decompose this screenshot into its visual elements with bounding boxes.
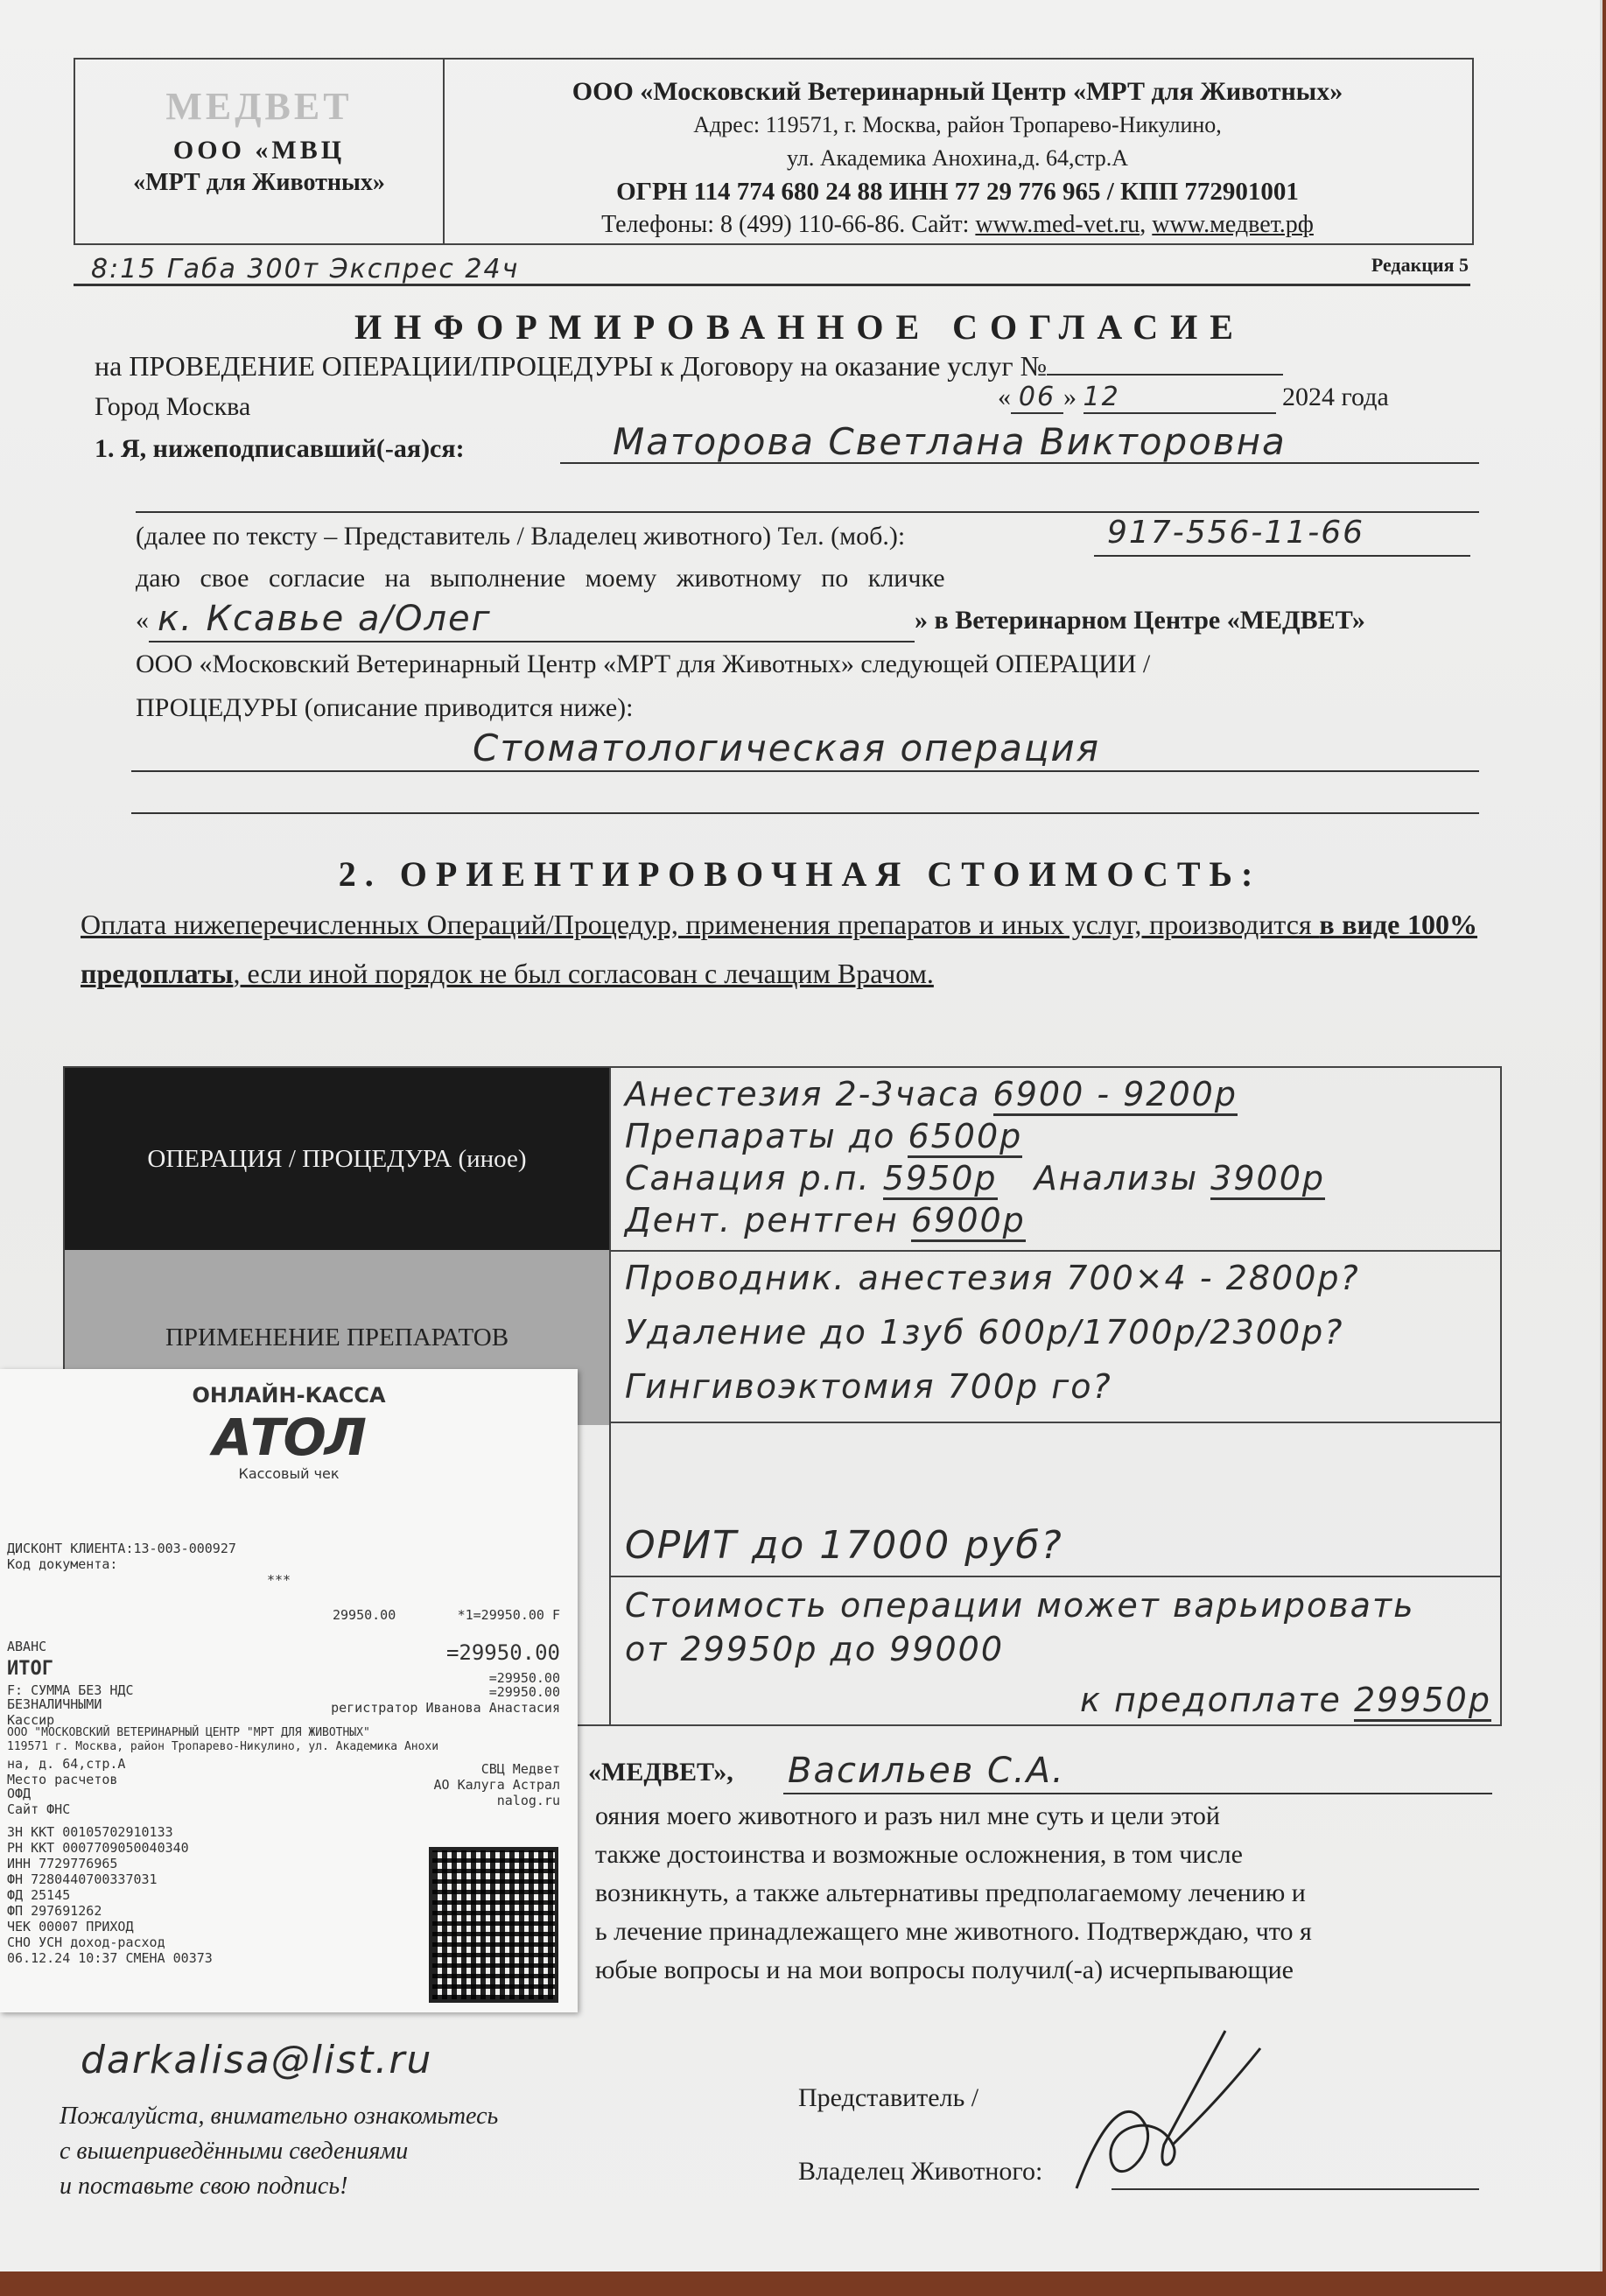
fns-value: nalog.ru bbox=[497, 1793, 560, 1808]
contract-number-field[interactable] bbox=[1047, 374, 1283, 376]
total-label: ИТОГ bbox=[7, 1658, 53, 1680]
address-line-1: Адрес: 119571, г. Москва, район Тропарев… bbox=[443, 109, 1472, 142]
atol-logo: АТОЛ bbox=[0, 1408, 578, 1467]
payment-terms: Оплата нижеперечисленных Операций/Процед… bbox=[81, 900, 1477, 998]
date-day[interactable]: 06 bbox=[1011, 382, 1063, 414]
qr-code-icon[interactable] bbox=[429, 1847, 558, 2003]
signer-label: 1. Я, нижеподписавший(-ая)ся: bbox=[95, 434, 465, 464]
stars: *** bbox=[267, 1572, 291, 1588]
row-divider bbox=[609, 1576, 1500, 1577]
fiscal-3: ИНН 7729776965 bbox=[7, 1856, 117, 1871]
payment-text-b: , если иной порядок не был согласован с … bbox=[233, 958, 933, 989]
letterhead: МЕДВЕТ ООО «МВЦ «МРТ для Животных» ООО «… bbox=[74, 58, 1474, 245]
consent-line-1: ояния моего животного и разъ нил мне сут… bbox=[595, 1801, 1505, 1831]
consent-line-5: юбые вопросы и на мои вопросы получил(-а… bbox=[595, 1955, 1505, 1985]
revision-label: Редакция 5 bbox=[1371, 254, 1469, 277]
representative-label: Представитель / bbox=[798, 2083, 978, 2113]
cashless-value: =29950.00 bbox=[489, 1684, 560, 1700]
phone: 917-556-11-66 bbox=[1107, 515, 1364, 551]
logo-stamp: МЕДВЕТ bbox=[75, 84, 443, 129]
site-link-1[interactable]: www.med-vet.ru bbox=[975, 211, 1140, 238]
operation-label: ОПЕРАЦИЯ / ПРОЦЕДУРА (иное) bbox=[65, 1068, 609, 1250]
clinic-logo: МЕДВЕТ ООО «МВЦ «МРТ для Животных» bbox=[75, 60, 445, 243]
ofd-label: ОФД bbox=[7, 1786, 31, 1801]
payment-text-a: Оплата нижеперечисленных Операций/Процед… bbox=[81, 909, 1319, 940]
footer-note: Пожалуйста, внимательно ознакомьтесь с в… bbox=[60, 2099, 498, 2204]
address-line-2: ул. Академика Анохина,д. 64,стр.А bbox=[443, 142, 1472, 175]
prep-line-3: Гингивоэктомия 700р го? bbox=[625, 1367, 1112, 1406]
advance: АВАНС bbox=[7, 1639, 46, 1654]
cashier-name: регистратор Иванова Анастасия bbox=[331, 1700, 560, 1716]
subtitle-text: на ПРОВЕДЕНИЕ ОПЕРАЦИИ/ПРОЦЕДУРЫ к Догов… bbox=[95, 350, 1047, 382]
doctor-prefix: «МЕДВЕТ», bbox=[588, 1758, 733, 1787]
signer-name-field-cont[interactable] bbox=[136, 511, 1479, 513]
org-name: ООО «Московский Ветеринарный Центр «МРТ … bbox=[443, 75, 1472, 109]
phones: Телефоны: 8 (499) 110-66-86. Сайт: bbox=[601, 211, 975, 238]
handwritten-email: darkalisa@list.ru bbox=[81, 2038, 432, 2082]
center-text: » в Ветеринарном Центре «МЕДВЕТ» bbox=[915, 606, 1365, 635]
consent-text: даю свое согласие на выполнение моему жи… bbox=[136, 564, 1479, 593]
op-line-4: Дент. рентген 6900р bbox=[625, 1201, 1026, 1239]
fiscal-8: СНО УСН доход-расход bbox=[7, 1934, 165, 1950]
clinic-info: ООО «Московский Ветеринарный Центр «МРТ … bbox=[443, 60, 1472, 243]
owner-label: Владелец Животного: bbox=[798, 2157, 1042, 2187]
signer-name: Маторова Светлана Викторовна bbox=[613, 420, 1287, 463]
date-month[interactable]: 12 bbox=[1084, 382, 1276, 414]
fiscal-4: ФН 7280440700337031 bbox=[7, 1871, 158, 1887]
op-line-1: Анестезия 2-3часа 6900 - 9200р bbox=[625, 1075, 1238, 1113]
rep-text: (далее по тексту – Представитель / Владе… bbox=[136, 522, 905, 551]
consent-line-3: возникнуть, а также альтернативы предпол… bbox=[595, 1878, 1505, 1908]
handwritten-note-line: 8:15 Габа 300т Экспрес 24ч bbox=[74, 254, 1470, 286]
org-text: ООО «Московский Ветеринарный Центр «МРТ … bbox=[136, 649, 1479, 679]
prep-line-2: Удаление до 1зуб 600р/1700р/2300р? bbox=[625, 1313, 1343, 1352]
doctor-name: Васильев С.А. bbox=[788, 1751, 1065, 1791]
fiscal-1: ЗН ККТ 00105702910133 bbox=[7, 1824, 173, 1840]
procedure: Стоматологическая операция bbox=[473, 727, 1100, 769]
footer-note-line-1: Пожалуйста, внимательно ознакомьтесь bbox=[60, 2099, 498, 2134]
ofd-value: АО Калуга Астрал bbox=[434, 1777, 561, 1793]
line-price: 29950.00 bbox=[333, 1607, 396, 1623]
footer-note-line-2: с вышеприведёнными сведениями bbox=[60, 2134, 498, 2169]
row-divider bbox=[609, 1250, 1500, 1252]
contacts: Телефоны: 8 (499) 110-66-86. Сайт: www.m… bbox=[443, 208, 1472, 242]
footer-note-line-3: и поставьте свою подпись! bbox=[60, 2169, 498, 2204]
registration-numbers: ОГРН 114 774 680 24 88 ИНН 77 29 776 965… bbox=[443, 175, 1472, 208]
fiscal-5: ФД 25145 bbox=[7, 1887, 70, 1903]
row-divider bbox=[609, 1422, 1500, 1423]
city: Город Москва bbox=[95, 392, 250, 422]
receipt-subtitle: Кассовый чек bbox=[0, 1465, 578, 1482]
date-year: 2024 года bbox=[1282, 383, 1389, 411]
cash-receipt: ОНЛАЙН-КАССА АТОЛ Кассовый чек ДИСКОНТ К… bbox=[0, 1369, 578, 2012]
cashless-label: БЕЗНАЛИЧНЫМИ bbox=[7, 1696, 102, 1712]
document-subtitle: на ПРОВЕДЕНИЕ ОПЕРАЦИИ/ПРОЦЕДУРЫ к Догов… bbox=[95, 350, 1283, 383]
consent-line-4: ь лечение принадлежащего мне животного. … bbox=[595, 1917, 1505, 1947]
total-value: =29950.00 bbox=[446, 1640, 560, 1665]
receipt-org: ООО "МОСКОВСКИЙ ВЕТЕРИНАРНЫЙ ЦЕНТР "МРТ … bbox=[7, 1726, 370, 1739]
receipt-address-2: на, д. 64,стр.А bbox=[7, 1756, 125, 1772]
line-total: *1=29950.00 F bbox=[458, 1607, 560, 1623]
receipt-address-1: 119571 г. Москва, район Тропарево-Никули… bbox=[7, 1740, 438, 1753]
procedure-field[interactable] bbox=[131, 770, 1479, 772]
discount: ДИСКОНТ КЛИЕНТА:13-003-000927 bbox=[7, 1541, 236, 1556]
fns-label: Сайт ФНС bbox=[7, 1801, 70, 1817]
icu-line: ОРИТ до 17000 руб? bbox=[625, 1523, 1063, 1568]
signature-icon bbox=[1050, 2013, 1278, 2215]
section2-title: 2. ОРИЕНТИРОВОЧНАЯ СТОИМОСТЬ: bbox=[0, 853, 1600, 895]
pet-open-quote: « bbox=[136, 606, 149, 635]
site-link-2[interactable]: www.медвет.рф bbox=[1152, 211, 1314, 238]
pet-name-field[interactable] bbox=[149, 641, 915, 642]
place-value: СВЦ Медвет bbox=[481, 1761, 560, 1777]
total-line-2: от 29950р до 99000 bbox=[625, 1630, 1004, 1668]
procedure-intro: ПРОЦЕДУРЫ (описание приводится ниже): bbox=[136, 693, 634, 723]
consent-form-sheet: МЕДВЕТ ООО «МВЦ «МРТ для Животных» ООО «… bbox=[0, 0, 1602, 2271]
document-title: ИНФОРМИРОВАННОЕ СОГЛАСИЕ bbox=[0, 306, 1600, 348]
fiscal-6: ФП 297691262 bbox=[7, 1903, 102, 1919]
logo-line-2: «МРТ для Животных» bbox=[75, 169, 443, 197]
doctor-field[interactable] bbox=[783, 1793, 1492, 1794]
fiscal-7: ЧЕК 00007 ПРИХОД bbox=[7, 1919, 134, 1934]
op-line-2: Препараты до 6500р bbox=[625, 1117, 1022, 1155]
op-line-3: Санация р.п. 5950р Анализы 3900р bbox=[625, 1159, 1325, 1197]
pet-name: к. Ксавье а/Олег bbox=[158, 599, 492, 639]
receipt-header: ОНЛАЙН-КАССА bbox=[0, 1383, 578, 1408]
prep-line-1: Проводник. анестезия 700×4 - 2800р? bbox=[625, 1259, 1360, 1297]
logo-line-1: ООО «МВЦ bbox=[75, 136, 443, 165]
date: «06» 12 2024 года bbox=[998, 382, 1389, 414]
fiscal-9: 06.12.24 10:37 СМЕНА 00373 bbox=[7, 1950, 213, 1966]
handwritten-top-note: 8:15 Габа 300т Экспрес 24ч bbox=[91, 254, 519, 284]
procedure-field-cont[interactable] bbox=[131, 812, 1479, 814]
fiscal-2: РН ККТ 0007709050040340 bbox=[7, 1840, 189, 1856]
total-line-1: Стоимость операции может варьировать bbox=[625, 1586, 1414, 1625]
phone-field[interactable] bbox=[1094, 555, 1470, 557]
consent-line-2: также достоинства и возможные осложнения… bbox=[595, 1840, 1505, 1870]
doc-code: Код документа: bbox=[7, 1556, 117, 1572]
prepay-line: к предоплате 29950р bbox=[1080, 1681, 1491, 1719]
